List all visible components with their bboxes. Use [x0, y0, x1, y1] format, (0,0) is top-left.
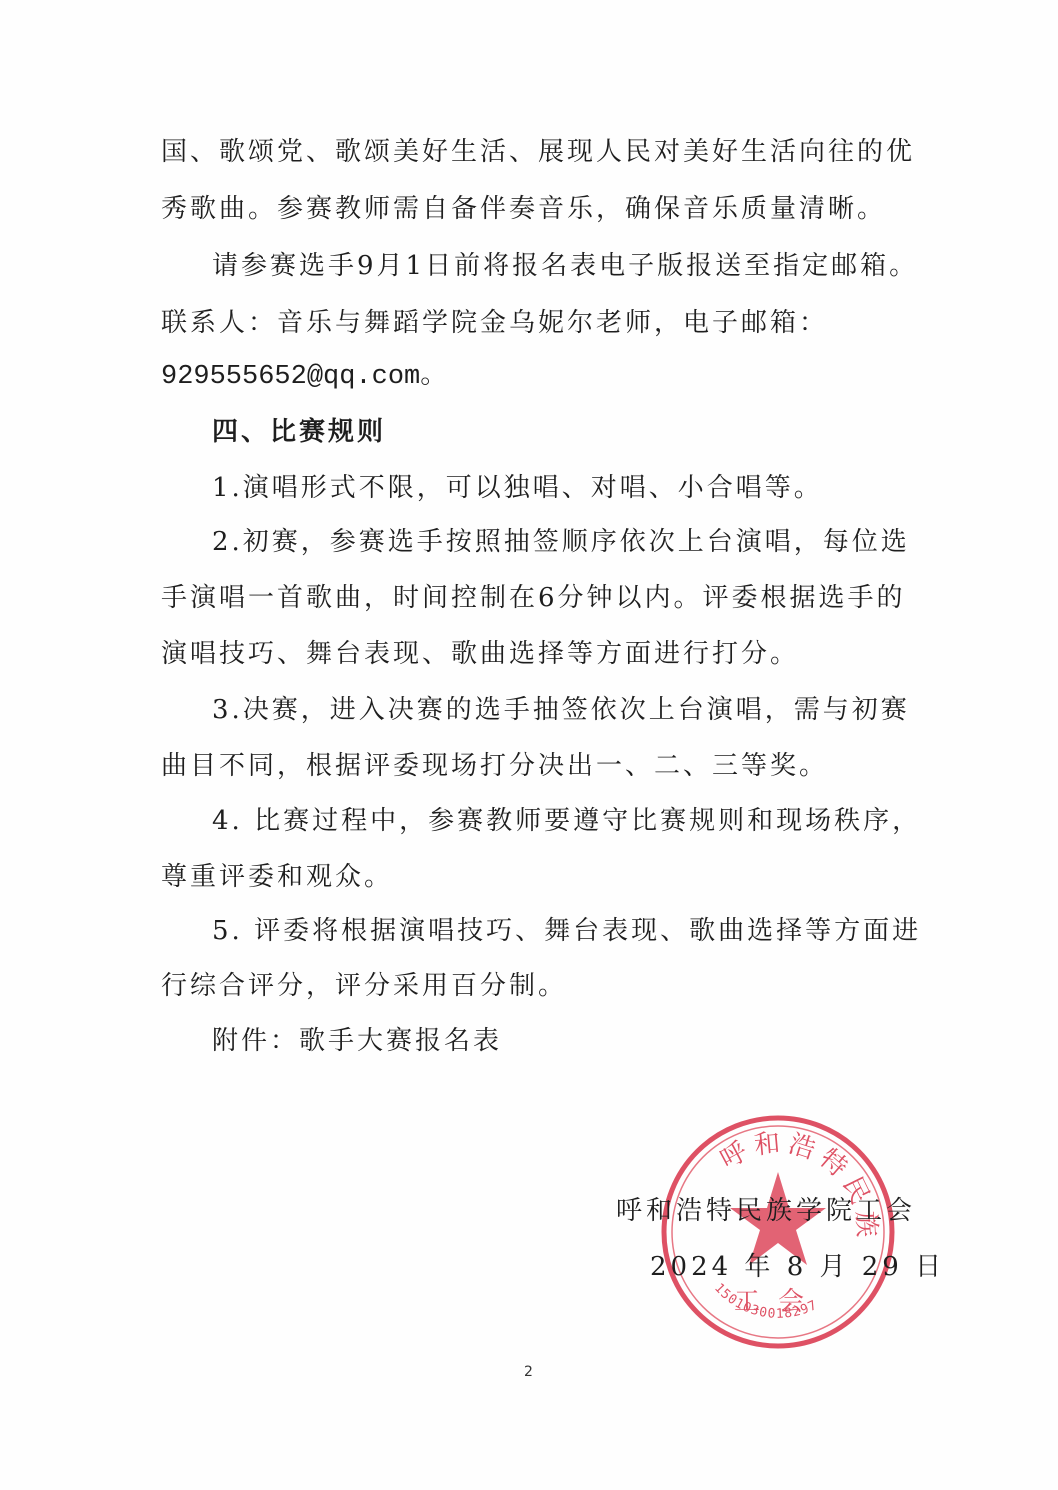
paragraph-line: 秀歌曲。参赛教师需自备伴奏音乐，确保音乐质量清晰。 — [161, 193, 886, 225]
contact-email: 929555652@qq.com。 — [161, 361, 447, 393]
rule-line: 手演唱一首歌曲，时间控制在6分钟以内。评委根据选手的 — [161, 582, 906, 614]
document-page: 国、歌颂党、歌颂美好生活、展现人民对美好生活向往的优 秀歌曲。参赛教师需自备伴奏… — [0, 0, 1058, 1490]
rule-line: 5. 评委将根据演唱技巧、舞台表现、歌曲选择等方面进 — [212, 915, 921, 947]
attachment-line: 附件：歌手大赛报名表 — [212, 1025, 502, 1057]
page-number: 2 — [524, 1364, 533, 1380]
rule-line: 3.决赛，进入决赛的选手抽签依次上台演唱，需与初赛 — [212, 694, 910, 726]
rule-line: 4. 比赛过程中，参赛教师要遵守比赛规则和现场秩序， — [212, 805, 921, 837]
rule-line: 尊重评委和观众。 — [161, 861, 393, 893]
paragraph-line: 国、歌颂党、歌颂美好生活、展现人民对美好生活向往的优 — [161, 136, 915, 168]
rule-line: 演唱技巧、舞台表现、歌曲选择等方面进行打分。 — [161, 638, 799, 670]
rule-line: 行综合评分，评分采用百分制。 — [161, 970, 567, 1002]
rule-line: 1.演唱形式不限，可以独唱、对唱、小合唱等。 — [212, 472, 823, 504]
paragraph-line: 请参赛选手9月1日前将报名表电子版报送至指定邮箱。 — [212, 250, 918, 282]
paragraph-line: 联系人：音乐与舞蹈学院金乌妮尔老师，电子邮箱： — [161, 307, 828, 339]
section-heading: 四、比赛规则 — [212, 416, 386, 448]
official-seal-icon: 呼和浩特民族学院 工会 1501030018297 — [658, 1112, 898, 1352]
signature-organization: 呼和浩特民族学院工会 — [616, 1190, 916, 1227]
rule-line: 曲目不同，根据评委现场打分决出一、二、三等奖。 — [161, 750, 828, 782]
signature-date: 2024 年 8 月 29 日 — [650, 1246, 945, 1283]
rule-line: 2.初赛，参赛选手按照抽签顺序依次上台演唱，每位选 — [212, 526, 910, 558]
